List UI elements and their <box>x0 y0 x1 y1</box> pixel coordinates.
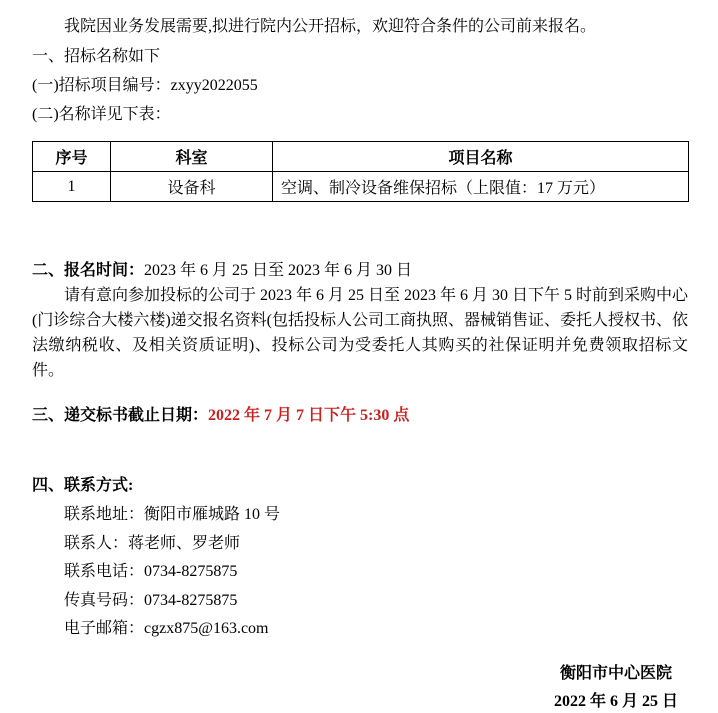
section-3-heading: 三、递交标书截止日期：2022 年 7 月 7 日下午 5:30 点 <box>32 403 688 428</box>
table-intro-line: (二)名称详见下表： <box>32 102 688 127</box>
section-4-heading: 四、联系方式: <box>32 473 688 498</box>
signature-date: 2022 年 6 月 25 日 <box>554 688 678 713</box>
bid-deadline-value: 2022 年 7 月 7 日下午 5:30 点 <box>208 407 409 424</box>
contact-email-line: 电子邮箱：cgzx875@163.com <box>32 615 688 644</box>
signature-organization: 衡阳市中心医院 <box>560 660 672 688</box>
cell-department: 设备科 <box>111 172 273 202</box>
section-2-heading: 二、报名时间：2023 年 6 月 25 日至 2023 年 6 月 30 日 <box>32 258 688 283</box>
table-header-serial: 序号 <box>33 142 111 172</box>
contact-info-block: 联系地址：衡阳市雁城路 10 号 联系人：蒋老师、罗老师 联系电话：0734-8… <box>32 501 688 644</box>
contact-phone-line: 联系电话：0734-8275875 <box>32 558 688 587</box>
registration-time-label: 二、报名时间： <box>32 262 144 279</box>
registration-time-value: 2023 年 6 月 25 日至 2023 年 6 月 30 日 <box>144 262 412 279</box>
cell-project-name: 空调、制冷设备维保招标（上限值：17 万元） <box>273 172 689 202</box>
contact-person-line: 联系人：蒋老师、罗老师 <box>32 530 688 559</box>
signature-block: 衡阳市中心医院 2022 年 6 月 25 日 <box>554 660 678 713</box>
contact-fax-line: 传真号码：0734-8275875 <box>32 587 688 616</box>
tender-project-code-line: (一)招标项目编号：zxyy2022055 <box>32 73 688 98</box>
bid-deadline-label: 三、递交标书截止日期： <box>32 407 208 424</box>
table-row: 1 设备科 空调、制冷设备维保招标（上限值：17 万元） <box>33 172 689 202</box>
intro-paragraph: 我院因业务发展需要,拟进行院内公开招标，欢迎符合条件的公司前来报名。 <box>32 14 688 39</box>
table-header-department: 科室 <box>111 142 273 172</box>
document-page: 我院因业务发展需要,拟进行院内公开招标，欢迎符合条件的公司前来报名。 一、招标名… <box>0 0 718 713</box>
cell-serial: 1 <box>33 172 111 202</box>
table-header-row: 序号 科室 项目名称 <box>33 142 689 172</box>
section-1-heading: 一、招标名称如下 <box>32 44 688 69</box>
table-header-project-name: 项目名称 <box>273 142 689 172</box>
tender-table: 序号 科室 项目名称 1 设备科 空调、制冷设备维保招标（上限值：17 万元） <box>32 141 689 202</box>
contact-address-line: 联系地址：衡阳市雁城路 10 号 <box>32 501 688 530</box>
registration-instructions-paragraph: 请有意向参加投标的公司于 2023 年 6 月 25 日至 2023 年 6 月… <box>32 283 688 383</box>
